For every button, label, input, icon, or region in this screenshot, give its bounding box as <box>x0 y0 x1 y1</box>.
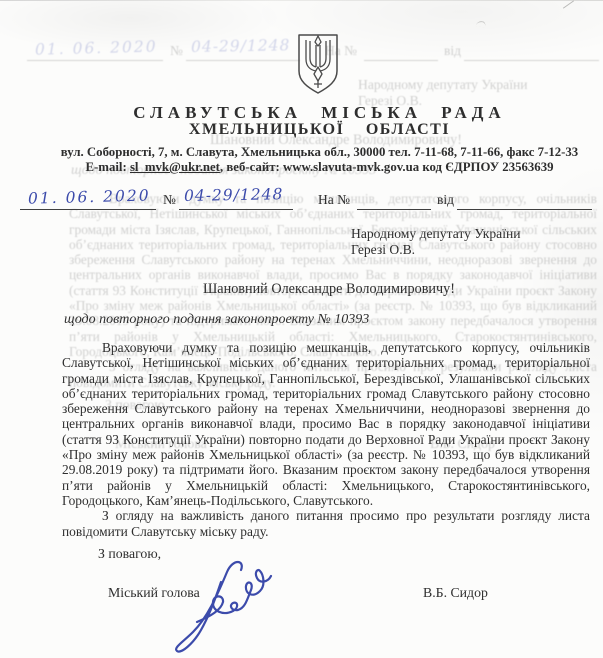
scanned-letter-page: СЛАВУТСЬКА МІСЬКА РАДА ХМЕЛЬНИЦЬКОЇ ОБЛА… <box>0 0 603 658</box>
body-paragraph-1: Враховуючи думку та позицію мешканців, д… <box>62 340 590 508</box>
date-underline <box>20 209 156 210</box>
letter-body: Враховуючи думку та позицію мешканців, д… <box>62 340 590 539</box>
org-name: СЛАВУТСЬКА МІСЬКА РАДА <box>36 103 603 123</box>
incoming-date-label: від <box>437 192 454 208</box>
handwritten-date: 01. 06. 2020 <box>28 186 156 207</box>
incoming-date-underline <box>457 209 592 210</box>
recipient-line-2: Герезі О.В. <box>351 242 521 258</box>
incoming-number-label: На № <box>318 192 350 208</box>
recipient-block: Народному депутату України Герезі О.В. <box>351 226 521 257</box>
email-address: sl_mvk@ukr.net <box>130 160 220 174</box>
body-paragraph-2: З огляду на важливість даного питання пр… <box>62 508 590 539</box>
salutation: Шановний Олександре Володимировичу! <box>203 281 455 298</box>
valediction: З повагою, <box>98 546 161 562</box>
handwritten-signature-icon <box>163 556 278 656</box>
number-underline <box>179 209 293 210</box>
email-label: E-mail: <box>86 160 130 174</box>
org-address: вул. Соборності, 7, м. Славута, Хмельниц… <box>36 145 603 160</box>
website-and-code: , веб-сайт: www.slavuta-mvk.gov.ua код Є… <box>220 160 554 174</box>
letter-content: СЛАВУТСЬКА МІСЬКА РАДА ХМЕЛЬНИЦЬКОЇ ОБЛА… <box>0 0 603 658</box>
ukraine-trident-icon <box>297 33 339 95</box>
handwritten-outgoing-number: 04-29/1248 <box>184 185 294 205</box>
incoming-number-underline <box>357 209 431 210</box>
subject-line: щодо повторного подання законопроекту № … <box>64 312 369 328</box>
signer-name: В.Б. Сидор <box>423 585 488 601</box>
org-region: ХМЕЛЬНИЦЬКОЇ ОБЛАСТІ <box>36 121 603 139</box>
number-sign-label: № <box>163 192 176 208</box>
org-contacts: E-mail: sl_mvk@ukr.net, веб-сайт: www.sl… <box>36 160 603 175</box>
recipient-line-1: Народному депутату України <box>351 226 521 242</box>
